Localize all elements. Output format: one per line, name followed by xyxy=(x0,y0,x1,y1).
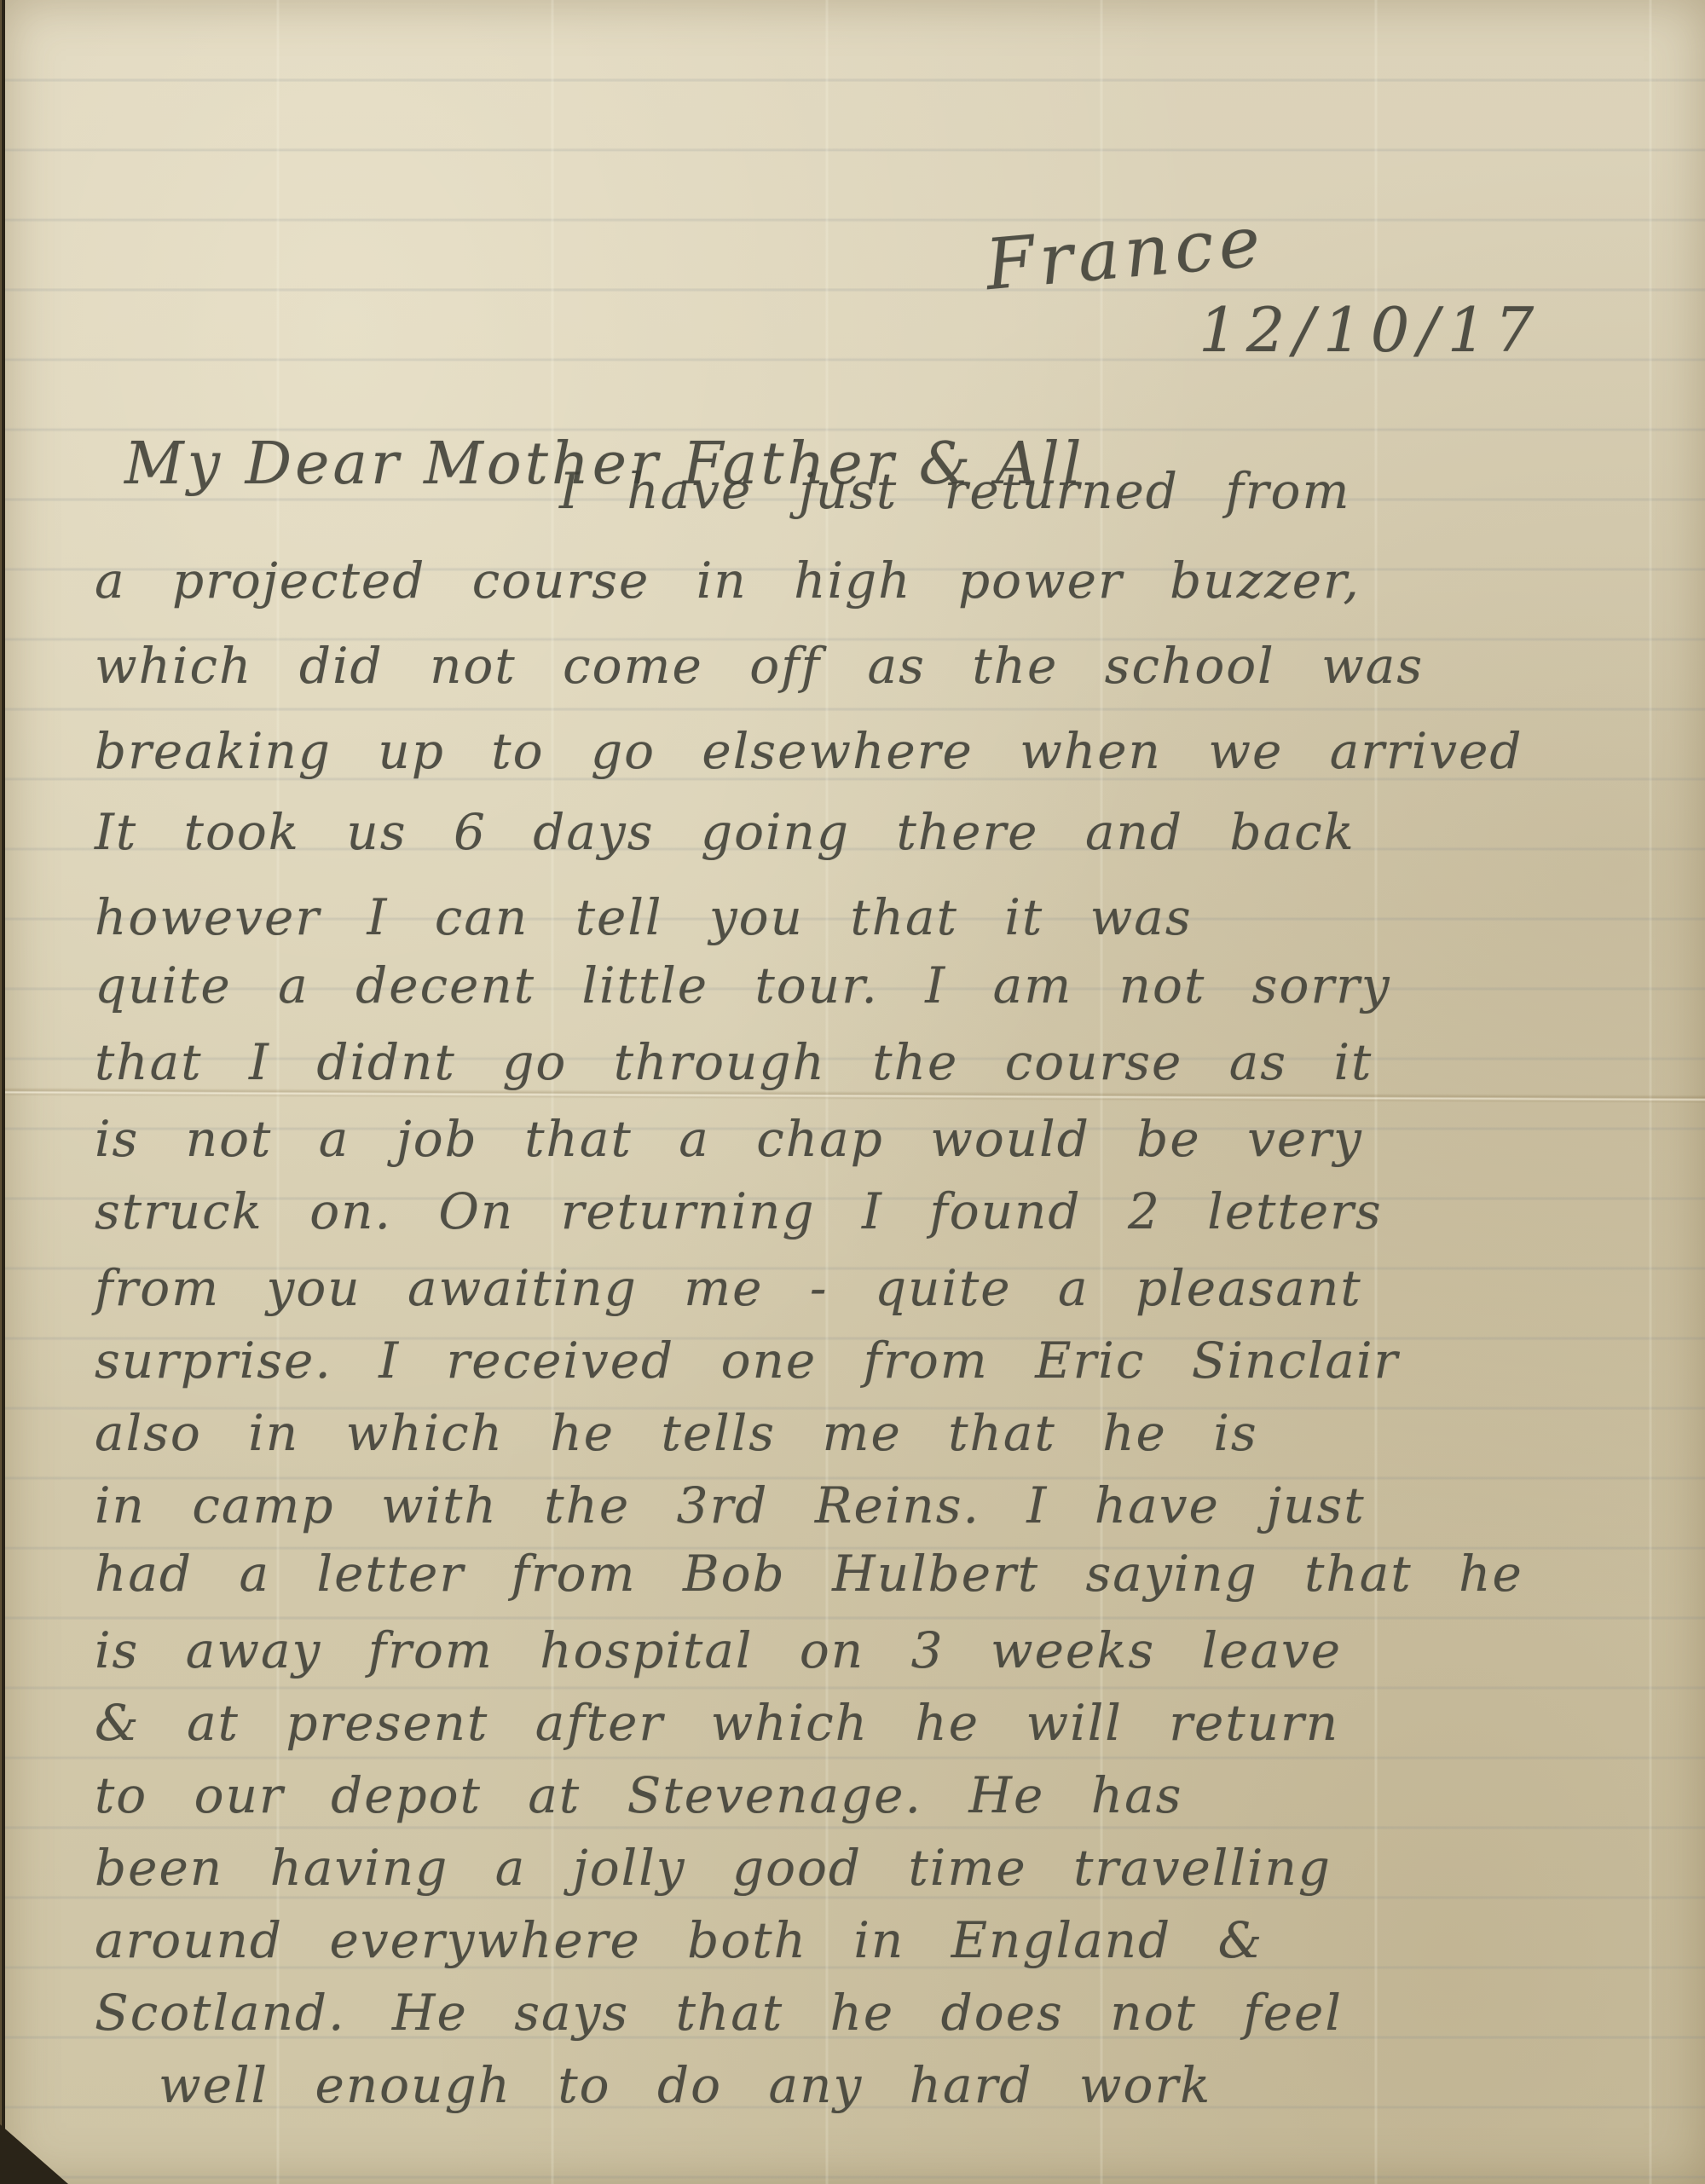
body-line: in camp with the 3rd Reins. I have just xyxy=(95,1476,1366,1534)
letter-page: France 12/10/17 My Dear Mother Father & … xyxy=(5,0,1705,2184)
body-line: quite a decent little tour. I am not sor… xyxy=(95,956,1391,1014)
body-line: a projected course in high power buzzer, xyxy=(95,552,1361,610)
body-line: to our depot at Stevenage. He has xyxy=(95,1766,1182,1824)
letter-body: I have just returned from a projected co… xyxy=(5,0,1705,2184)
body-line: struck on. On returning I found 2 letter… xyxy=(95,1182,1383,1240)
body-line: Scotland. He says that he does not feel xyxy=(95,1984,1343,2042)
paper-left-edge xyxy=(0,0,2,2184)
torn-corner xyxy=(0,2124,68,2184)
body-line: & at present after which he will return xyxy=(95,1694,1339,1752)
body-line: also in which he tells me that he is xyxy=(95,1404,1258,1462)
body-line: I have just returned from xyxy=(559,462,1350,520)
body-line: been having a jolly good time travelling xyxy=(95,1839,1332,1897)
body-line: that I didnt go through the course as it xyxy=(95,1033,1373,1091)
body-line: breaking up to go elsewhere when we arri… xyxy=(95,722,1523,780)
body-line: however I can tell you that it was xyxy=(95,888,1193,946)
body-line: well enough to do any hard work xyxy=(159,2056,1211,2114)
body-line: which did not come off as the school was xyxy=(95,637,1424,695)
body-line: is away from hospital on 3 weeks leave xyxy=(95,1621,1342,1679)
body-line: It took us 6 days going there and back xyxy=(95,803,1355,861)
body-line: is not a job that a chap would be very xyxy=(95,1110,1363,1168)
body-line: surprise. I received one from Eric Sincl… xyxy=(95,1332,1399,1390)
body-line: from you awaiting me - quite a pleasant xyxy=(95,1259,1362,1317)
body-line: had a letter from Bob Hulbert saying tha… xyxy=(95,1545,1523,1603)
body-line: around everywhere both in England & xyxy=(95,1911,1263,1969)
